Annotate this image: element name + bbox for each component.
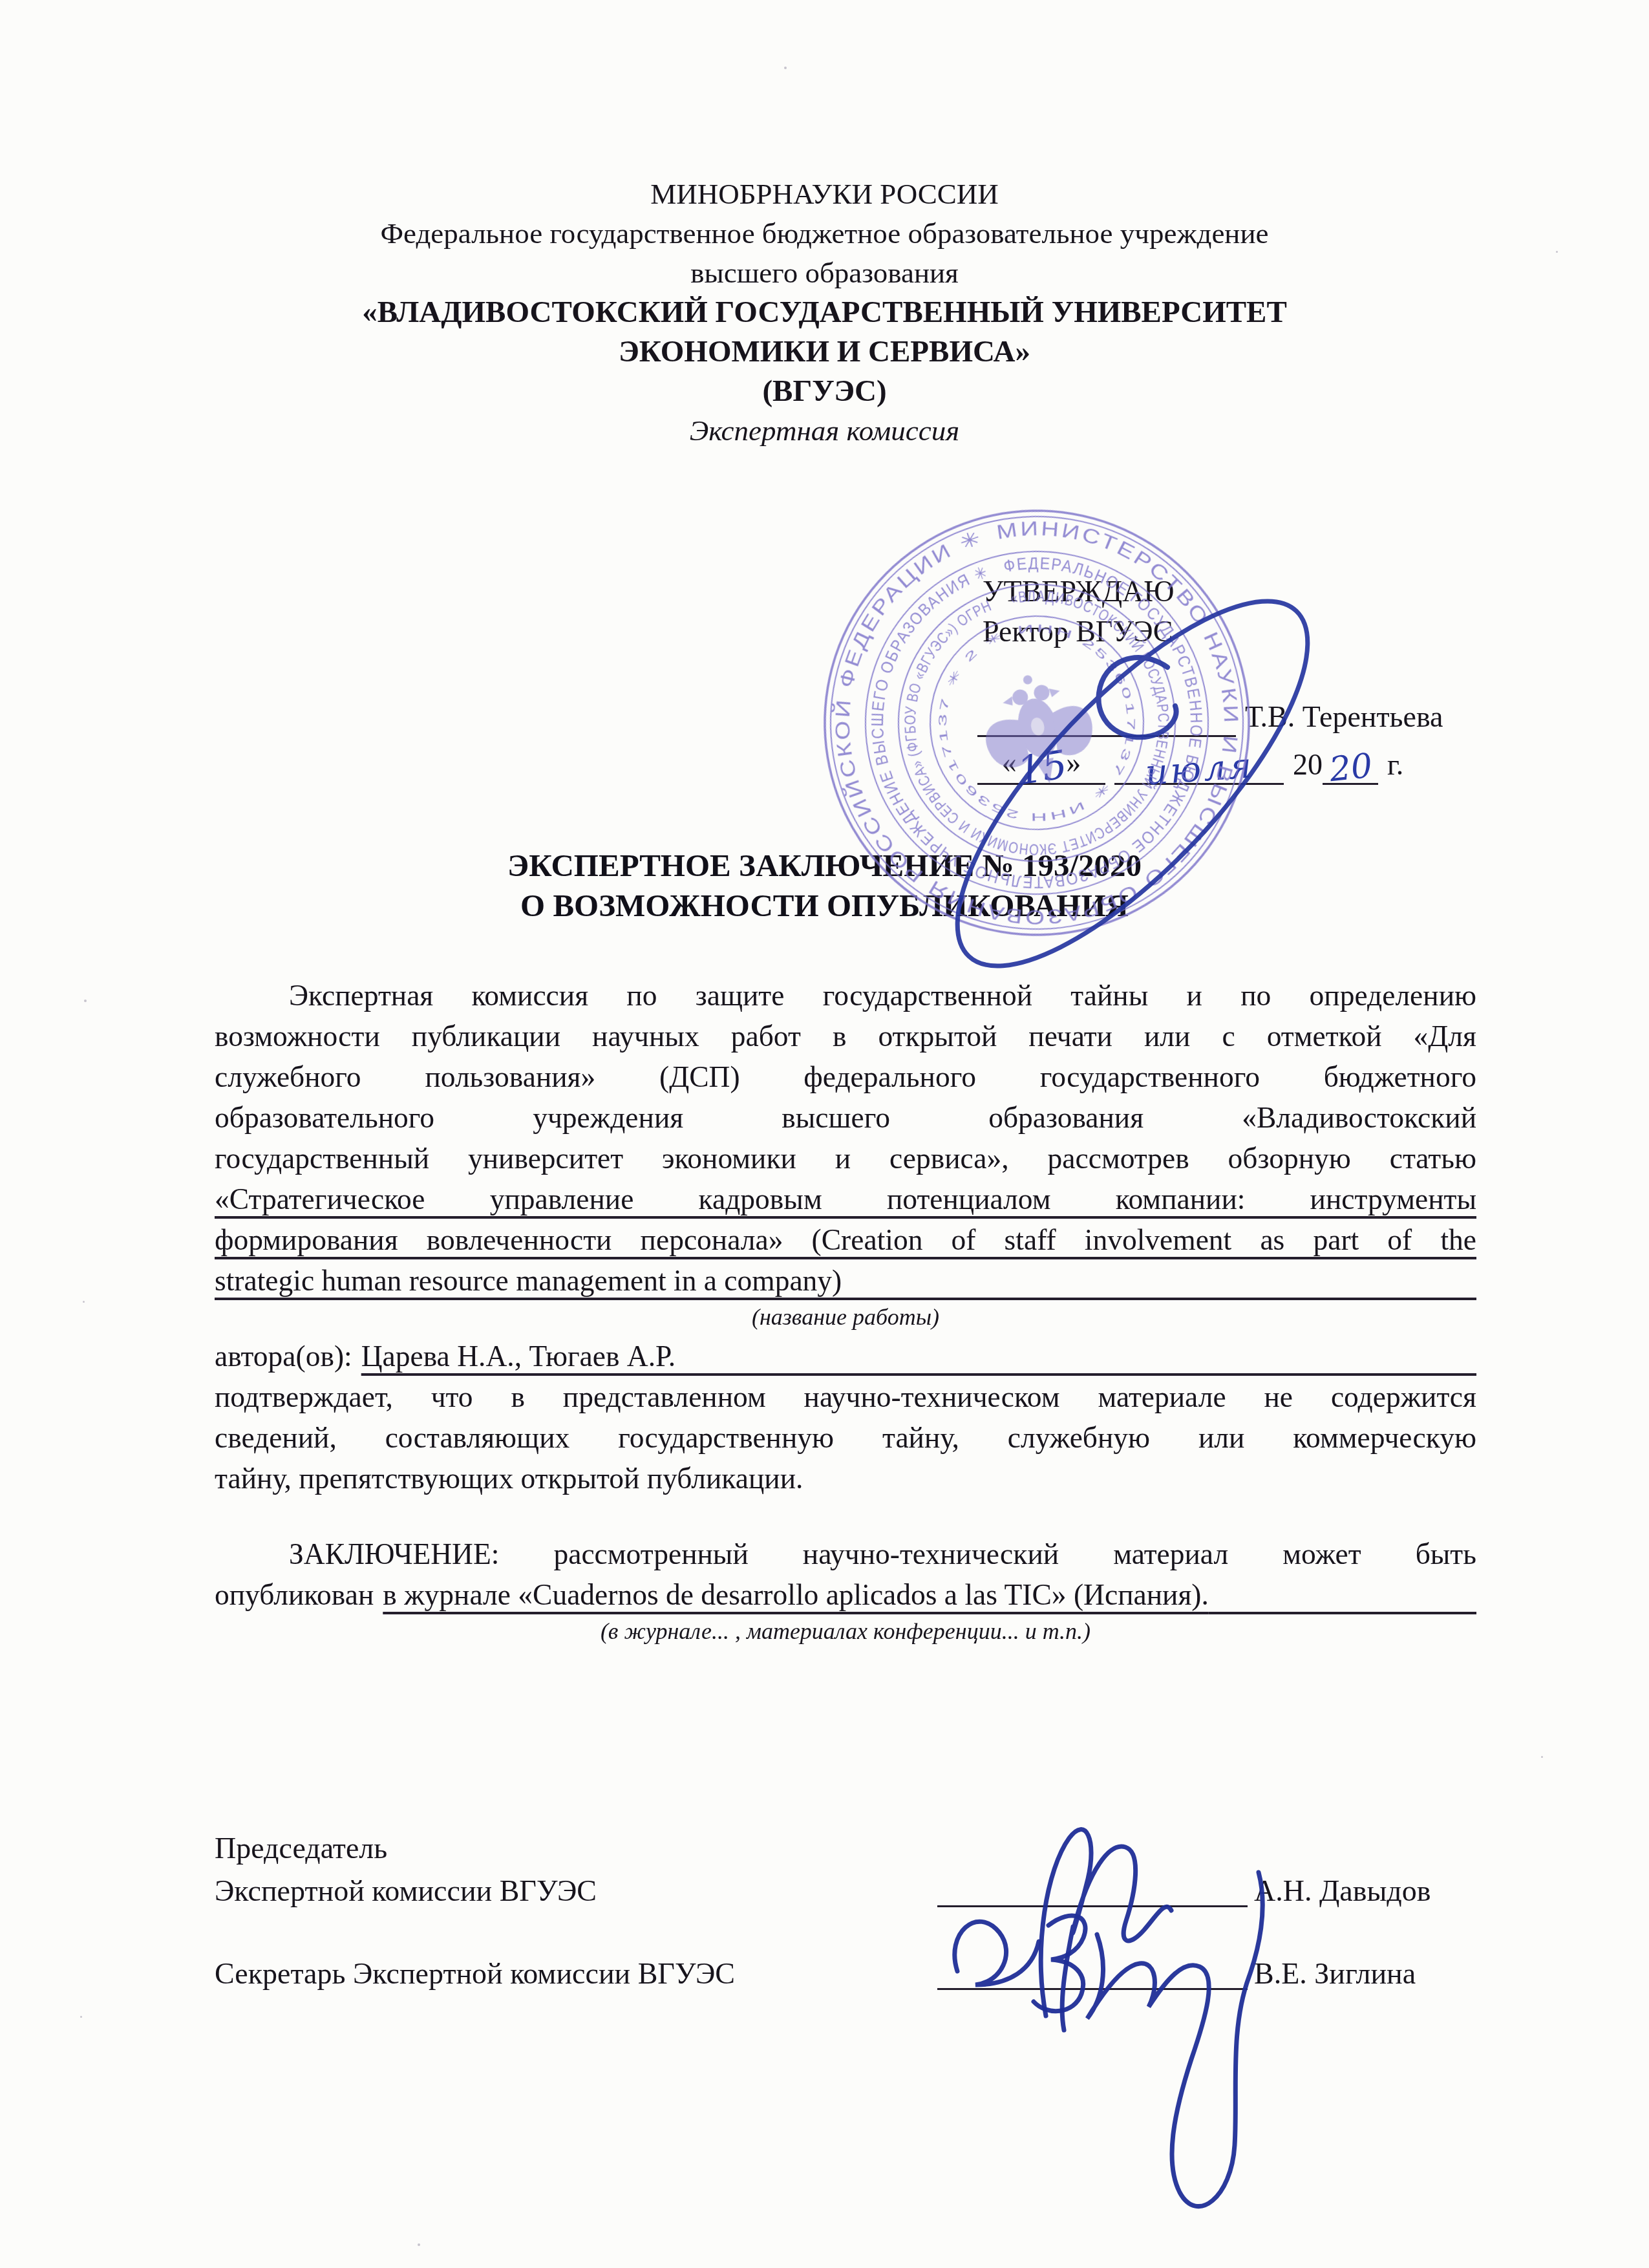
chairman-signature-row: Экспертной комиссии ВГУЭС А.Н. Давыдов [215, 1870, 1476, 1912]
conclusion-prefix: опубликован [215, 1574, 374, 1615]
org-line-2: высшего образования [0, 253, 1649, 293]
authors-label: автора(ов): [215, 1336, 352, 1376]
scan-speck [784, 67, 787, 69]
conclusion-note: (в журнале... , материалах конференции..… [215, 1615, 1476, 1650]
date-month-slot: июля [1114, 744, 1284, 785]
main-paragraph: Экспертная комиссия по защите государств… [215, 975, 1476, 1499]
title-line-2: О ВОЗМОЖНОСТИ ОПУБЛИКОВАНИЯ [0, 886, 1649, 926]
work-title-line: «Стратегическое управление кадровым поте… [215, 1179, 1476, 1219]
body-line: служебного пользования» (ДСП) федерально… [215, 1056, 1476, 1097]
approval-date-row: « 15 » июля 20 20 г. [977, 744, 1514, 785]
authors-names: Царева Н.А., Тюгаев А.Р. [361, 1336, 676, 1376]
chairman-title-line-1: Председатель [215, 1832, 387, 1865]
rector-signature-row: Т.В. Терентьева [977, 698, 1514, 737]
scan-speck [418, 2243, 420, 2246]
blank-underline [842, 1260, 1476, 1300]
signature-block: Председатель Экспертной комиссии ВГУЭС А… [215, 1827, 1476, 1995]
year-prefix: 20 [1293, 745, 1323, 785]
authors-row: автора(ов): Царева Н.А., Тюгаев А.Р. [215, 1336, 1476, 1376]
scan-speck [1541, 1756, 1543, 1758]
ministry-name: МИНОБРНАУКИ РОССИИ [0, 175, 1649, 214]
document-title: ЭКСПЕРТНОЕ ЗАКЛЮЧЕНИЕ № 193/2020 О ВОЗМО… [0, 846, 1649, 926]
body-line: подтверждает, что в представленном научн… [215, 1376, 1476, 1417]
chairman-title-line-2: Экспертной комиссии ВГУЭС [215, 1874, 597, 1907]
body-line: сведений, составляющих государственную т… [215, 1417, 1476, 1458]
approver-position: Ректор ВГУЭС [977, 612, 1514, 652]
secretary-signature-row: Секретарь Экспертной комиссии ВГУЭС В.Е.… [215, 1952, 1476, 1995]
secretary-signature-line [937, 1988, 1248, 1990]
rector-name: Т.В. Терентьева [1245, 697, 1443, 737]
scan-speck [83, 1301, 85, 1303]
conclusion-line: ЗАКЛЮЧЕНИЕ: рассмотренный научно-техниче… [215, 1534, 1476, 1574]
secretary-title: Секретарь Экспертной комиссии ВГУЭС [215, 1957, 735, 1990]
letterhead: МИНОБРНАУКИ РОССИИ Федеральное государст… [0, 175, 1649, 451]
title-line-1: ЭКСПЕРТНОЕ ЗАКЛЮЧЕНИЕ № 193/2020 [0, 846, 1649, 886]
work-title-line: strategic human resource management in a… [215, 1260, 842, 1301]
scanned-document-page: МИНОБРНАУКИ РОССИИ Федеральное государст… [0, 0, 1649, 2268]
scan-speck [1556, 251, 1558, 253]
approval-block: УТВЕРЖДАЮ Ректор ВГУЭС Т.В. Терентьева «… [977, 572, 1514, 785]
org-abbreviation: (ВГУЭС) [0, 372, 1649, 411]
conclusion-journal-row: опубликован в журнале «Cuadernos de desa… [215, 1574, 1476, 1615]
date-day-slot: « 15 » [977, 744, 1105, 785]
conclusion-paragraph: ЗАКЛЮЧЕНИЕ: рассмотренный научно-техниче… [215, 1534, 1476, 1650]
body-line: государственный университет экономики и … [215, 1138, 1476, 1179]
body-line: Экспертная комиссия по защите государств… [215, 975, 1476, 1016]
org-name-2: ЭКОНОМИКИ И СЕРВИСА» [0, 332, 1649, 372]
work-title-row: strategic human resource management in a… [215, 1260, 1476, 1301]
scan-speck [84, 1000, 87, 1002]
body-line: тайну, препятствующих открытой публикаци… [215, 1458, 1476, 1499]
chairman-title-row: Председатель [215, 1827, 1476, 1870]
org-name-1: «ВЛАДИВОСТОКСКИЙ ГОСУДАРСТВЕННЫЙ УНИВЕРС… [0, 293, 1649, 332]
journal-name: в журнале «Cuadernos de desarrollo aplic… [383, 1574, 1209, 1615]
rector-signature-line [977, 699, 1236, 737]
handwritten-month: июля [1144, 745, 1255, 793]
approve-label: УТВЕРЖДАЮ [977, 572, 1514, 612]
date-year-slot: 20 [1323, 744, 1378, 785]
department-name: Экспертная комиссия [0, 411, 1649, 451]
secretary-name: В.Е. Зиглина [1254, 1952, 1416, 1995]
handwritten-day: 15 [1015, 744, 1070, 791]
chairman-name: А.Н. Давыдов [1254, 1870, 1431, 1912]
body-line: возможности публикации научных работ в о… [215, 1016, 1476, 1056]
blank-underline [676, 1336, 1476, 1376]
handwritten-year: 20 [1328, 746, 1374, 791]
work-title-line: формирования вовлеченности персонала» (C… [215, 1219, 1476, 1260]
work-title-note: (название работы) [215, 1301, 1476, 1336]
scan-speck [80, 2016, 82, 2018]
org-line-1: Федеральное государственное бюджетное об… [0, 214, 1649, 253]
chairman-signature-line [937, 1905, 1248, 1907]
blank-underline [1209, 1574, 1476, 1614]
body-line: образовательного учреждения высшего обра… [215, 1097, 1476, 1138]
year-suffix: г. [1387, 745, 1403, 785]
